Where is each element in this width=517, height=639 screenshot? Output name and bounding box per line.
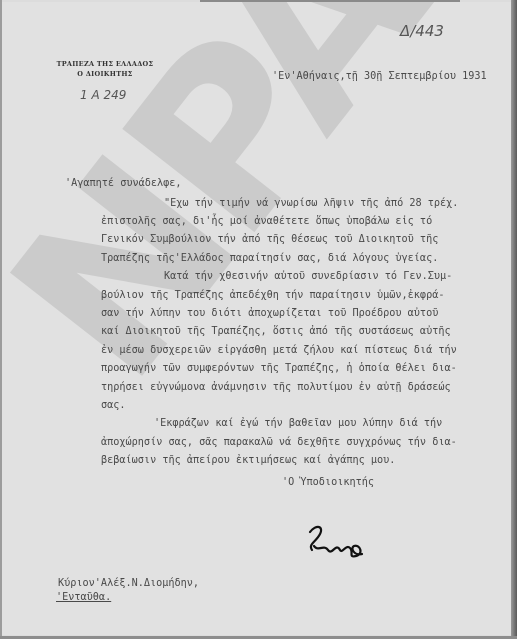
body-line: Γενικόν Συμβούλιον τήν ἀπό τῆς θέσεως το…: [101, 234, 438, 245]
signature-scribble-icon: [302, 522, 372, 567]
protocol-number: 1 Α 249: [80, 88, 126, 102]
body-line: καί Διοικητοῦ τῆς Τραπέζης, ὅστις ἀπό τῆ…: [101, 326, 451, 337]
letter-page: NPAN Δ/443 ΤΡΑΠΕΖΑ ΤΗΣ ΕΛΛΑΔΟΣ Ο ΔΙΟΙΚΗΤ…: [2, 2, 511, 635]
body-line: σας.: [101, 400, 126, 411]
salutation: 'Αγαπητέ συνάδελφε,: [65, 178, 182, 189]
body-line: ἐν μέσω δυσχερειῶν εἰργάσθη μετά ζήλου κ…: [101, 345, 457, 356]
date-line: 'Εν'Αθήναις,τῇ 30ῇ Σεπτεμβρίου 1931: [272, 71, 487, 82]
body-line: 'Εκφράζων καί ἐγώ τήν βαθεῖαν μου λύπην …: [154, 418, 442, 429]
letterhead-line2: Ο ΔΙΟΙΚΗΤΗΣ: [50, 70, 160, 78]
body-line: ἀποχώρησίν σας, σᾶς παρακαλῶ νά δεχθῆτε …: [101, 437, 457, 448]
body-line: σαν τήν λύπην του διότι ἀποχωρίζεται τοῦ…: [101, 308, 438, 319]
body-line: "Εχω τήν τιμήν νά γνωρίσω λῆψιν τῆς ἀπό …: [164, 198, 458, 209]
addressee-name: Κύριον'Αλέξ.Ν.Διομήδην,: [58, 578, 199, 589]
body-line: βούλιον τῆς Τραπέζης ἀπεδέχθη τήν παραίτ…: [101, 290, 444, 301]
body-line: τηρήσει εὐγνώμονα ἀνάμνησιν τῆς πολυτίμο…: [101, 382, 451, 393]
addressee-place: 'Ενταῦθα.: [56, 592, 111, 603]
archive-reference: Δ/443: [400, 22, 444, 40]
body-line: Τραπέζης τῆς'Ελλάδος παραίτησίν σας, διά…: [101, 253, 438, 264]
body-line: ἐπιστολῆς σας, δι'ἧς μοί ἀναθέτετε ὅπως …: [101, 216, 432, 227]
body-line: βεβαίωσιν τῆς ἀπείρου ἐκτιμήσεως καί ἀγά…: [101, 455, 395, 466]
handwritten-signature: [302, 522, 372, 572]
body-line: προαγωγήν τῶν συμφερόντων τῆς Τραπέζης, …: [101, 363, 457, 374]
scan-edge-right: [511, 0, 517, 639]
body-line: Κατά τήν χθεσινήν αὐτοῦ συνεδρίασιν τό Γ…: [164, 271, 452, 282]
signature-title: 'Ο Ὑποδιοικητής: [282, 477, 374, 488]
letterhead-line1: ΤΡΑΠΕΖΑ ΤΗΣ ΕΛΛΑΔΟΣ: [50, 60, 160, 68]
